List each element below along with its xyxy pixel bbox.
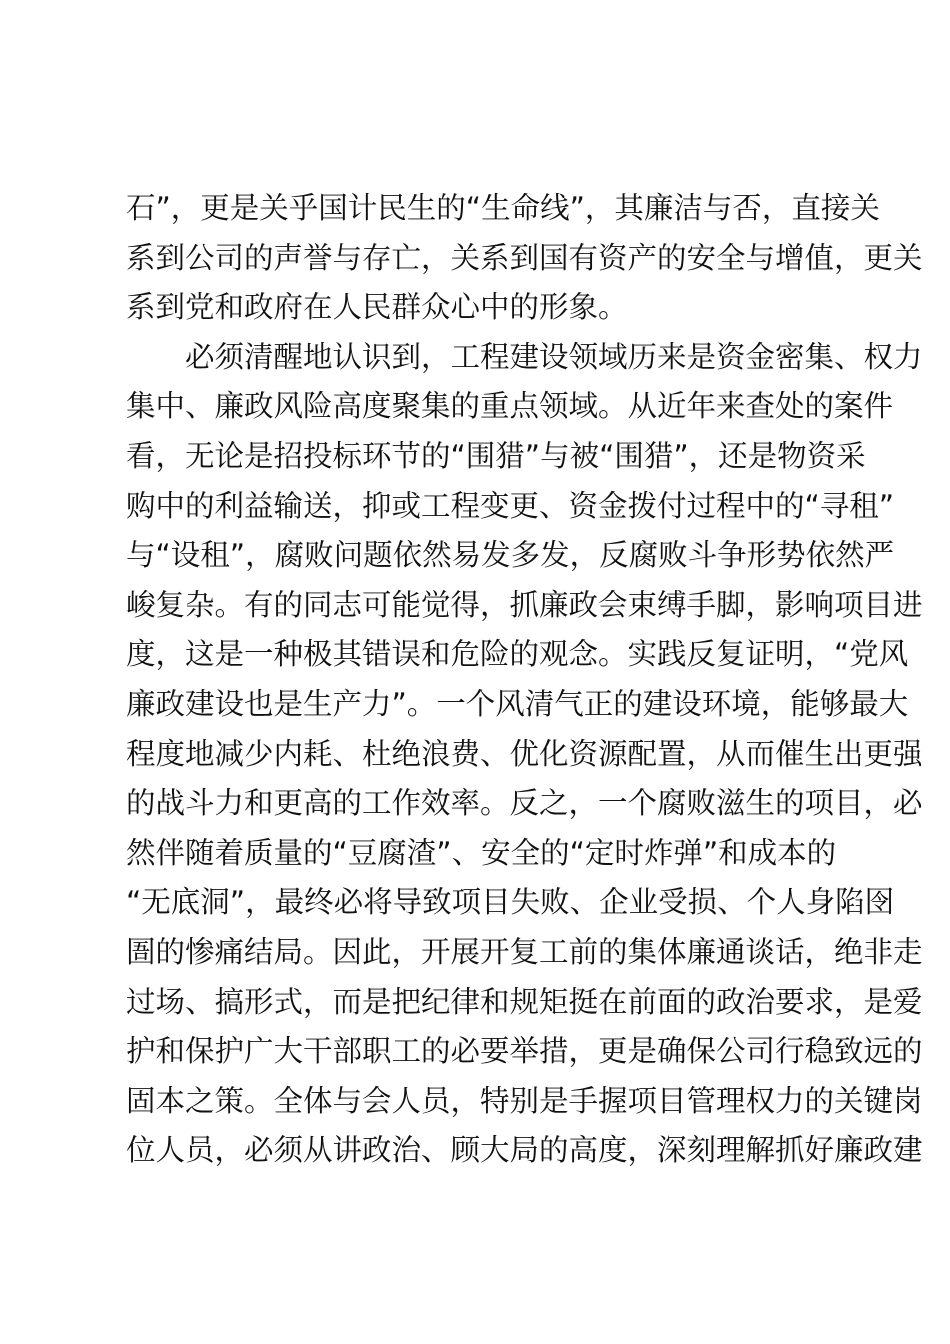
text-line: 石”，更是关乎国计民生的“生命线”，其廉洁与否，直接关 bbox=[126, 184, 832, 234]
text-line: 看，无论是招投标环节的“围猎”与被“围猎”，还是物资采 bbox=[126, 432, 832, 482]
text-line: 过场、搞形式，而是把纪律和规矩挺在前面的政治要求，是爱 bbox=[126, 978, 832, 1028]
text-line: 的战斗力和更高的工作效率。反之，一个腐败滋生的项目，必 bbox=[126, 779, 832, 829]
paragraph-2: 必须清醒地认识到，工程建设领域历来是资金密集、权力 集中、廉政风险高度聚集的重点… bbox=[126, 333, 832, 1176]
text-line: 然伴随着质量的“豆腐渣”、安全的“定时炸弹”和成本的 bbox=[126, 829, 832, 879]
text-line: 廉政建设也是生产力”。一个风清气正的建设环境，能够最大 bbox=[126, 680, 832, 730]
text-line: 与“设租”，腐败问题依然易发多发，反腐败斗争形势依然严 bbox=[126, 531, 832, 581]
text-line: 程度地减少内耗、杜绝浪费、优化资源配置，从而催生出更强 bbox=[126, 730, 832, 780]
text-line: 必须清醒地认识到，工程建设领域历来是资金密集、权力 bbox=[126, 333, 832, 383]
text-line: 系到党和政府在人民群众心中的形象。 bbox=[126, 283, 832, 333]
document-page: 石”，更是关乎国计民生的“生命线”，其廉洁与否，直接关 系到公司的声誉与存亡，关… bbox=[126, 184, 832, 1176]
text-line: 护和保护广大干部职工的必要举措，更是确保公司行稳致远的 bbox=[126, 1027, 832, 1077]
text-line: 系到公司的声誉与存亡，关系到国有资产的安全与增值，更关 bbox=[126, 234, 832, 284]
text-line: 集中、廉政风险高度聚集的重点领域。从近年来查处的案件 bbox=[126, 382, 832, 432]
text-line: 峻复杂。有的同志可能觉得，抓廉政会束缚手脚，影响项目进 bbox=[126, 581, 832, 631]
text-line: 位人员，必须从讲政治、顾大局的高度，深刻理解抓好廉政建 bbox=[126, 1126, 832, 1176]
paragraph-1: 石”，更是关乎国计民生的“生命线”，其廉洁与否，直接关 系到公司的声誉与存亡，关… bbox=[126, 184, 832, 333]
text-line: 购中的利益输送，抑或工程变更、资金拨付过程中的“寻租” bbox=[126, 482, 832, 532]
text-line: 固本之策。全体与会人员，特别是手握项目管理权力的关键岗 bbox=[126, 1077, 832, 1127]
text-line: 圄的惨痛结局。因此，开展开复工前的集体廉通谈话，绝非走 bbox=[126, 928, 832, 978]
text-line: 度，这是一种极其错误和危险的观念。实践反复证明，“党风 bbox=[126, 630, 832, 680]
text-line: “无底洞”，最终必将导致项目失败、企业受损、个人身陷囹 bbox=[126, 878, 832, 928]
